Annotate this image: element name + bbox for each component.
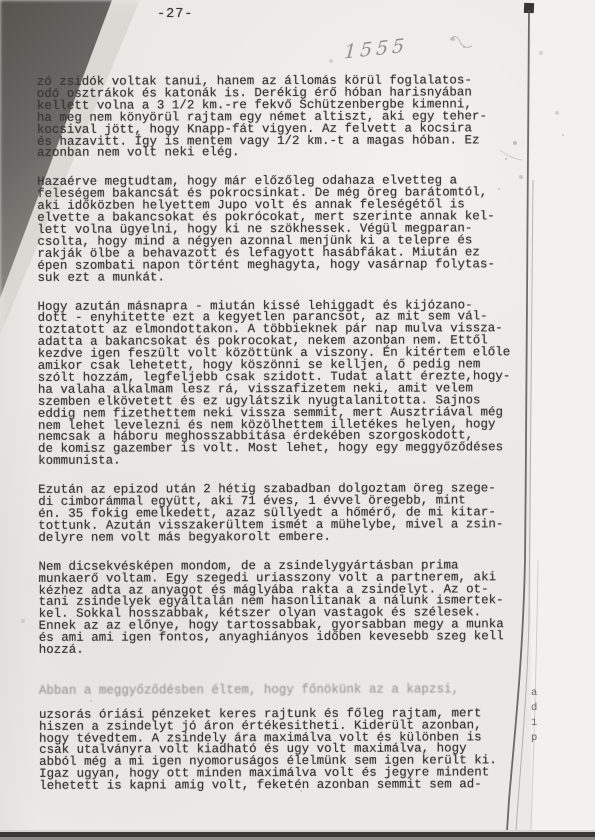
page-number: -27-	[157, 7, 193, 22]
paragraph-lines: uzsorás óriási pénzeket keres rajtunk és…	[39, 708, 544, 793]
scanned-page: -27- 1555 zó zsidók voltak tanui, hanem …	[0, 0, 595, 840]
paragraph: Hogy azután másnapra - miután kissé lehi…	[38, 300, 544, 468]
handwritten-mark: 1555	[343, 34, 409, 63]
paragraph-faded-line: Abban a meggyőződésben éltem, hogy főnök…	[39, 684, 544, 698]
paragraph: Abban a meggyőződésben éltem, hogy főnök…	[39, 672, 544, 805]
bottom-scan-edge	[0, 830, 595, 840]
typewritten-text: zó zsidók voltak tanui, hanem az állomás…	[37, 75, 545, 805]
scan-noise-specks	[0, 0, 2, 2]
paragraph: Nem dicsekvésképen mondom, de a zsindely…	[38, 560, 543, 657]
paragraph: zó zsidók voltak tanui, hanem az állomás…	[37, 75, 542, 160]
paragraph: Ezután az epizod után 2 hétig szabadban …	[38, 483, 543, 544]
edge-bleed-text: a d 1 p	[531, 686, 543, 746]
paragraph: Hazaérve megtudtam, hogy már előzőleg od…	[37, 175, 542, 284]
